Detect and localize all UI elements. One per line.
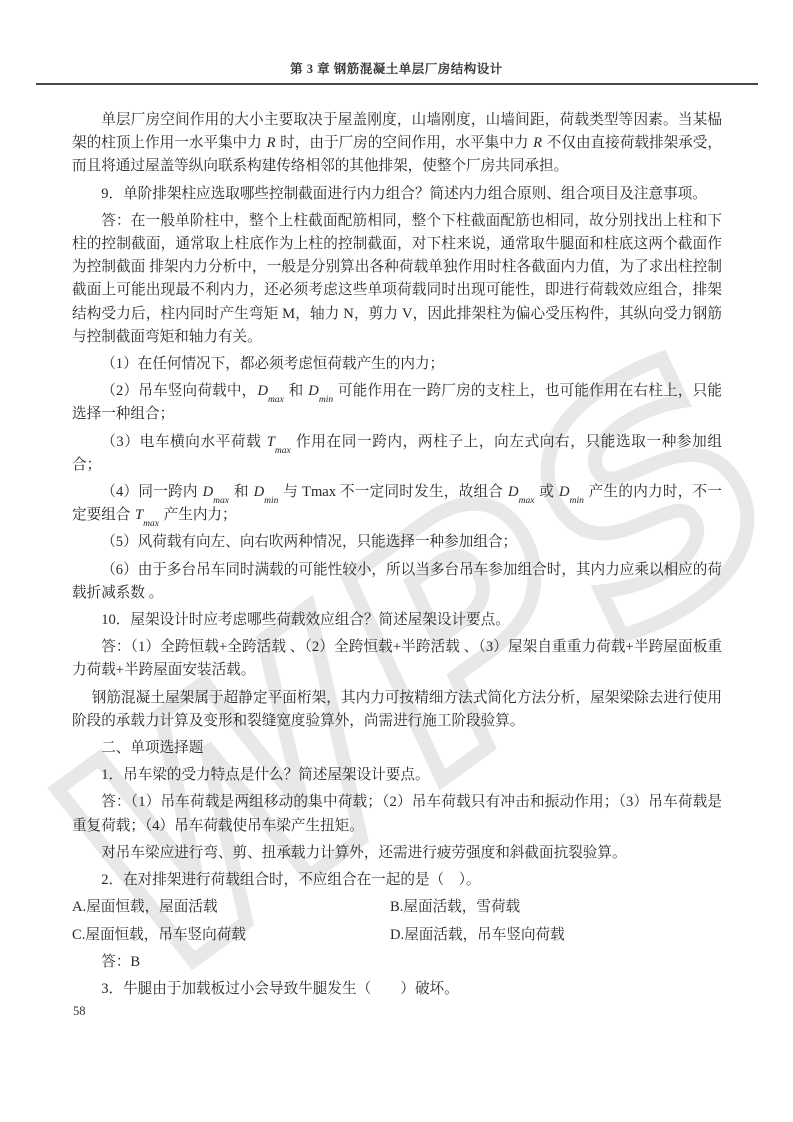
document-page: WPS 第 3 章 钢筋混凝土单层厂房结构设计 单层厂房空间作用的大小主要取决于… xyxy=(0,0,793,1122)
question-3: 3．牛腿由于加载板过小会导致牛腿发生（ ）破坏。 xyxy=(72,978,722,1001)
answer-10: 答：（1）全跨恒载+全跨活载 、（2）全跨恒载+半跨活载 、（3）屋架自重重力荷… xyxy=(72,636,722,682)
text-run: 9．单阶排架柱应选取哪些控制截面进行内力组合？简述内力组合原则、组合项目及注意事… xyxy=(101,186,707,202)
truss-note: 钢筋混凝土屋架属于超静定平面桁架，其内力可按精细方法式简化方法分析，屋架梁除去进… xyxy=(72,687,722,733)
text-run: 10．屋架设计时应考虑哪些荷载效应组合？简述屋架设计要点。 xyxy=(101,612,510,628)
document-body: 单层厂房空间作用的大小主要取决于屋盖刚度，山墙刚度，山墙间距，荷载类型等因素。当… xyxy=(72,109,722,1005)
combination-rule-5: （5）风荷载有向左、向右吹两种情况，只能选择一种参加组合； xyxy=(72,531,722,554)
math-symbol: Dmax xyxy=(202,484,230,500)
text-run: 答：B xyxy=(101,954,140,970)
text-run: 答：（1）吊车荷载是两组移动的集中荷载；（2）吊车荷载只有冲击和振动作用；（3）… xyxy=(72,794,722,833)
intro-paragraph: 单层厂房空间作用的大小主要取决于屋盖刚度，山墙刚度，山墙间距，荷载类型等因素。当… xyxy=(72,109,722,179)
text-run: 对吊车梁应进行弯、剪、扭承载力计算外，还需进行疲劳强度和斜截面抗裂验算。 xyxy=(101,845,626,861)
question-1: 1．吊车梁的受力特点是什么？简述屋架设计要点。 xyxy=(72,764,722,787)
text-run: 和 xyxy=(285,383,307,399)
question-2: 2．在对排架进行荷载组合时，不应组合在一起的是（ ）。 xyxy=(72,869,722,892)
options-row-ab: A.屋面恒载，屋面活载B.屋面活载，雪荷载 xyxy=(72,896,722,919)
text-run: 和 xyxy=(230,484,253,500)
math-symbol: Dmin xyxy=(253,484,280,500)
math-symbol: Dmax xyxy=(256,383,284,399)
text-run: 答：（1）全跨恒载+全跨活载 、（2）全跨恒载+半跨活载 、（3）屋架自重重力荷… xyxy=(72,639,722,678)
math-symbol: Dmax xyxy=(507,484,535,500)
combination-rule-6: （6）由于多台吊车同时满载的可能性较小，所以当多台吊车参加组合时，其内力应乘以相… xyxy=(72,559,722,605)
page-header-title: 第 3 章 钢筋混凝土单层厂房结构设计 xyxy=(36,59,757,77)
text-run: （5）风荷载有向左、向右吹两种情况，只能选择一种参加组合； xyxy=(101,534,517,550)
option-a: A.屋面恒载，屋面活载 xyxy=(72,896,390,919)
text-run: R xyxy=(266,135,277,151)
answer-1: 答：（1）吊车荷载是两组移动的集中荷载；（2）吊车荷载只有冲击和振动作用；（3）… xyxy=(72,791,722,837)
option-b: B.屋面活载，雪荷载 xyxy=(390,896,520,919)
combination-rule-2: （2）吊车竖向荷载中，Dmax 和 Dmin 可能作用在一跨厂房的支柱上，也可能… xyxy=(72,380,722,426)
math-symbol: Dmin xyxy=(307,383,334,399)
options-row-cd: C.屋面恒载，吊车竖向荷载D.屋面活载，吊车竖向荷载 xyxy=(72,924,722,947)
text-run: 答：在一般单阶柱中，整个上柱截面配筋相同，整个下柱截面配筋也相同，故分别找出上柱… xyxy=(72,213,722,345)
section-2-heading: 二、单项选择题 xyxy=(72,737,722,760)
text-run: 钢筋混凝土屋架属于超静定平面桁架，其内力可按精细方法式简化方法分析，屋架梁除去进… xyxy=(72,690,722,729)
text-run: R xyxy=(532,135,543,151)
text-run: 或 xyxy=(535,484,558,500)
text-run: （4）同一跨内 xyxy=(101,484,201,500)
question-10: 10．屋架设计时应考虑哪些荷载效应组合？简述屋架设计要点。 xyxy=(72,609,722,632)
text-run: 时，由于厂房的空间作用，水平集中力 xyxy=(276,135,532,151)
text-run: 产生内力； xyxy=(160,507,237,523)
option-d: D.屋面活载，吊车竖向荷载 xyxy=(390,924,565,947)
text-run: 3．牛腿由于加载板过小会导致牛腿发生（ ）破坏。 xyxy=(101,981,459,997)
page-number: 58 xyxy=(73,1004,86,1019)
option-c: C.屋面恒载，吊车竖向荷载 xyxy=(72,924,390,947)
text-run: 1．吊车梁的受力特点是什么？简述屋架设计要点。 xyxy=(101,767,429,783)
text-run: 与 Tmax 不一定同时发生，故组合 xyxy=(279,484,507,500)
math-symbol: Tmax xyxy=(134,507,160,523)
math-symbol: Tmax xyxy=(266,434,292,450)
text-run: （3）电车横向水平荷载 xyxy=(101,434,266,450)
crane-beam-note: 对吊车梁应进行弯、剪、扭承载力计算外，还需进行疲劳强度和斜截面抗裂验算。 xyxy=(72,842,722,865)
combination-rule-3: （3）电车横向水平荷载 Tmax 作用在同一跨内，两柱子上，向左式向右，只能选取… xyxy=(72,431,722,477)
text-run: 2．在对排架进行荷载组合时，不应组合在一起的是（ ）。 xyxy=(101,872,480,888)
combination-rule-4: （4）同一跨内 Dmax 和 Dmin 与 Tmax 不一定同时发生，故组合 D… xyxy=(72,481,722,527)
header-rule xyxy=(36,83,758,85)
math-symbol: Dmin xyxy=(558,484,585,500)
answer-2: 答：B xyxy=(72,951,722,974)
text-run: （1）在任何情况下，都必须考虑恒荷载产生的内力； xyxy=(101,356,444,372)
text-run: （6）由于多台吊车同时满载的可能性较小，所以当多台吊车参加组合时，其内力应乘以相… xyxy=(72,562,722,601)
answer-9: 答：在一般单阶柱中，整个上柱截面配筋相同，整个下柱截面配筋也相同，故分别找出上柱… xyxy=(72,210,722,349)
text-run: （2）吊车竖向荷载中， xyxy=(101,383,256,399)
text-run: 二、单项选择题 xyxy=(101,740,203,756)
question-9: 9．单阶排架柱应选取哪些控制截面进行内力组合？简述内力组合原则、组合项目及注意事… xyxy=(72,183,722,206)
combination-rule-1: （1）在任何情况下，都必须考虑恒荷载产生的内力； xyxy=(72,353,722,376)
